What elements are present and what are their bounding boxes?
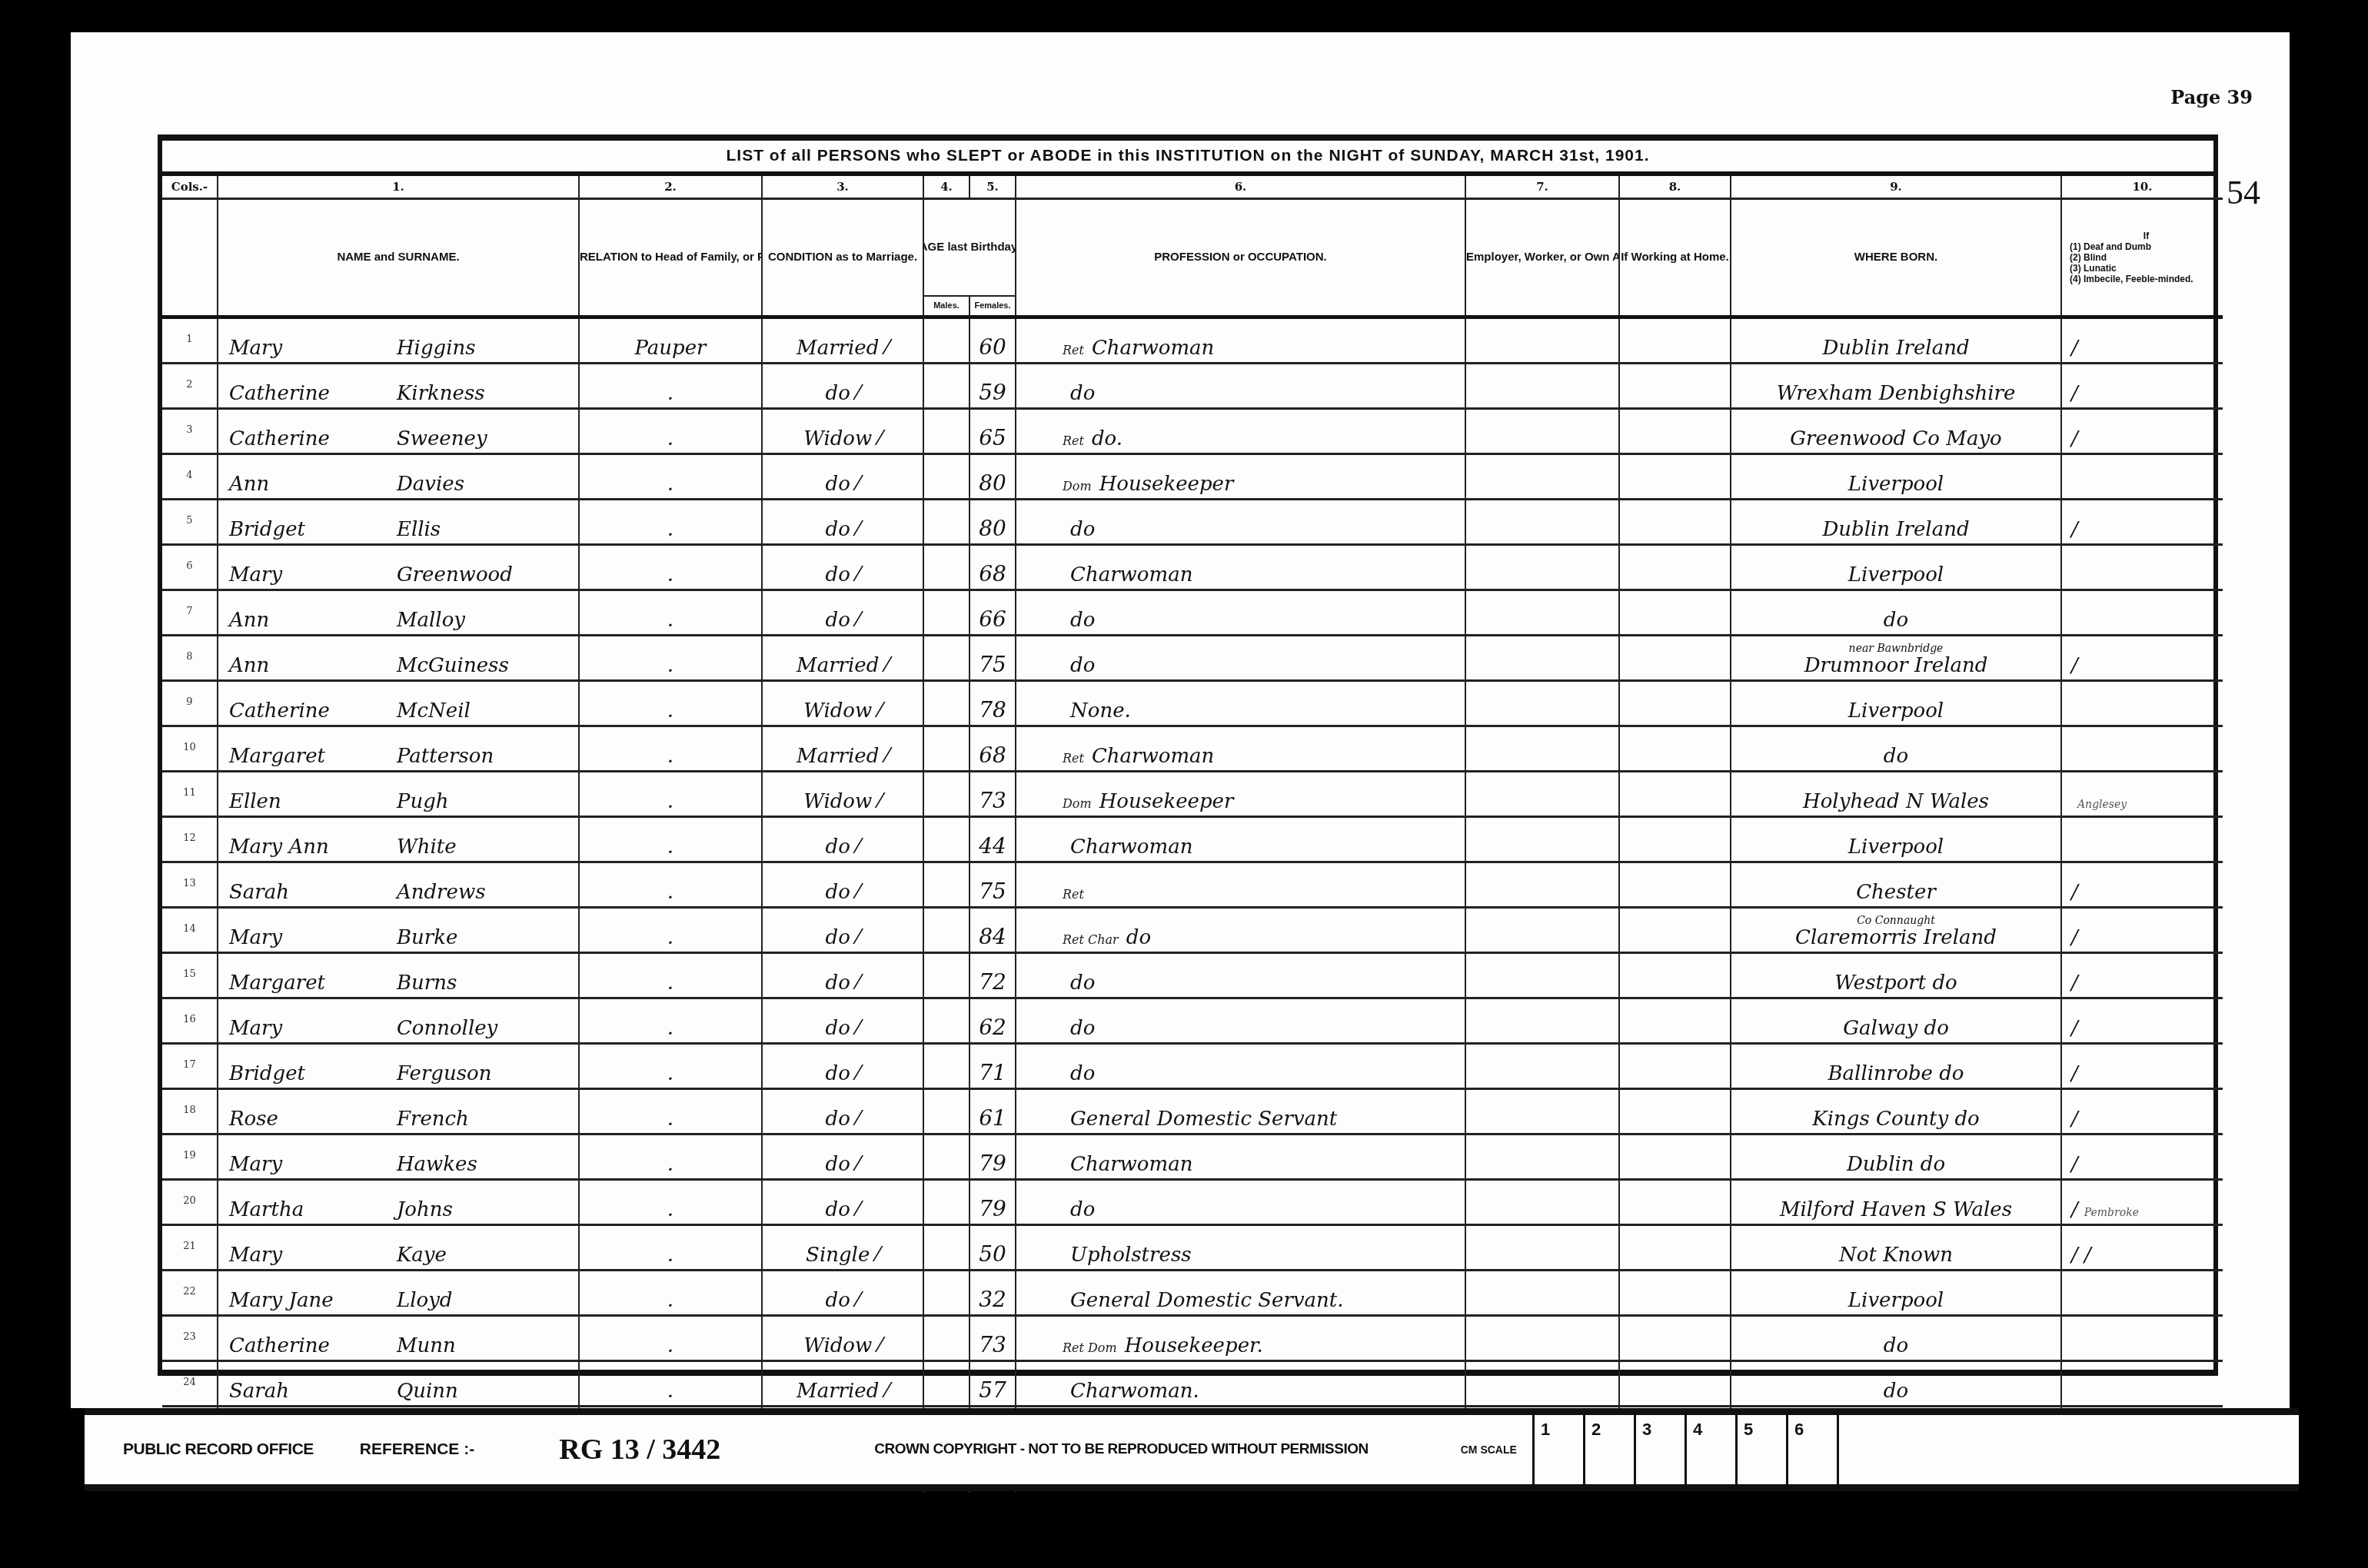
infirmity-mark: / / (2071, 1244, 2091, 1267)
condition: do ⁄ (762, 1180, 923, 1225)
relation: . (579, 636, 762, 681)
occupation: Retdo. (1016, 409, 1465, 454)
person-name: SarahAndrews (218, 862, 579, 908)
working-at-home (1619, 545, 1731, 590)
row-number: 23 (162, 1316, 218, 1361)
condition-value: Married (797, 1380, 879, 1403)
infirmity-4: (4) Imbecile, Feeble-minded. (2070, 274, 2223, 284)
where-born-value: Galway do (1843, 1017, 1949, 1040)
relation: . (579, 500, 762, 545)
relation: Pauper (579, 317, 762, 364)
occupation-value: do (1070, 972, 1095, 995)
relation: . (579, 1361, 762, 1407)
relation: . (579, 817, 762, 862)
occupation-value: Charwoman (1070, 835, 1192, 859)
check-mark-icon: ⁄ (856, 518, 860, 541)
condition-value: Married (797, 745, 879, 768)
age-female: 68 (969, 545, 1016, 590)
condition: do ⁄ (762, 500, 923, 545)
table-row: 23CatherineMunn.Widow ⁄73Ret DomHousekee… (162, 1316, 2223, 1361)
row-number: 10 (162, 726, 218, 772)
employer-status (1465, 1044, 1619, 1089)
col-number: 8. (1619, 176, 1731, 199)
first-name: Catherine (229, 1334, 397, 1357)
schedule-title: LIST of all PERSONS who SLEPT or ABODE i… (162, 141, 2213, 176)
age-male (923, 772, 969, 817)
table-row: 3CatherineSweeney.Widow ⁄65Retdo.Greenwo… (162, 409, 2223, 454)
condition: do ⁄ (762, 953, 923, 998)
surname: Quinn (397, 1380, 458, 1403)
row-number: 14 (162, 908, 218, 953)
occupation-note: Ret (1063, 887, 1084, 902)
relation: . (579, 862, 762, 908)
header-infirmity: If (1) Deaf and Dumb (2) Blind (3) Lunat… (2061, 199, 2223, 317)
person-name: CatherineMcNeil (218, 681, 579, 726)
person-name: MargaretPatterson (218, 726, 579, 772)
where-born: do (1731, 1316, 2061, 1361)
age-male (923, 1044, 969, 1089)
working-at-home (1619, 998, 1731, 1044)
working-at-home (1619, 500, 1731, 545)
scale-mark (1837, 1415, 1952, 1484)
header-name: NAME and SURNAME. (218, 199, 579, 317)
column-header-row: NAME and SURNAME. RELATION to Head of Fa… (162, 199, 2223, 317)
occupation: General Domestic Servant (1016, 1089, 1465, 1134)
where-born-value: Not Known (1839, 1244, 1953, 1267)
age-male (923, 317, 969, 364)
relation: . (579, 908, 762, 953)
occupation-value: Housekeeper (1099, 473, 1234, 496)
infirmity-3: (3) Lunatic (2070, 263, 2223, 274)
employer-status (1465, 681, 1619, 726)
surname: McGuiness (397, 654, 509, 677)
employer-status (1465, 317, 1619, 364)
age-male (923, 1225, 969, 1271)
age-female: 68 (969, 726, 1016, 772)
condition: do ⁄ (762, 545, 923, 590)
surname: Malloy (397, 609, 465, 632)
employer-status (1465, 1134, 1619, 1180)
table-row: 22Mary JaneLloyd.do ⁄32General Domestic … (162, 1271, 2223, 1316)
infirmity: / (2061, 317, 2223, 364)
where-born-value: Liverpool (1848, 473, 1944, 496)
infirmity-mark: / (2071, 1017, 2078, 1040)
condition-value: do (826, 563, 850, 586)
person-name: AnnMcGuiness (218, 636, 579, 681)
person-name: AnnDavies (218, 454, 579, 500)
age-male (923, 1271, 969, 1316)
surname: Burns (397, 972, 457, 995)
occupation-value: Housekeeper (1099, 790, 1234, 813)
first-name: Catherine (229, 699, 397, 723)
condition: do ⁄ (762, 590, 923, 636)
relation: . (579, 1225, 762, 1271)
surname: Sweeney (397, 427, 487, 450)
age-female: 80 (969, 454, 1016, 500)
table-row: 20MarthaJohns.do ⁄79doMilford Haven S Wa… (162, 1180, 2223, 1225)
row-number: 1 (162, 317, 218, 364)
working-at-home (1619, 1361, 1731, 1407)
row-number: 2 (162, 364, 218, 409)
col-number: 5. (969, 176, 1016, 199)
person-name: BridgetEllis (218, 500, 579, 545)
condition: do ⁄ (762, 454, 923, 500)
occupation-value: Charwoman (1070, 1153, 1192, 1176)
condition-value: Single (806, 1244, 870, 1267)
relation: . (579, 953, 762, 998)
check-mark-icon: ⁄ (879, 1334, 882, 1357)
footer-scale-label: CM SCALE (1461, 1443, 1517, 1456)
where-born-value: Ballinrobe do (1828, 1062, 1964, 1085)
condition-value: do (826, 1017, 850, 1040)
condition-value: Widow (803, 790, 872, 813)
occupation: do (1016, 500, 1465, 545)
employer-status (1465, 1225, 1619, 1271)
where-born: Liverpool (1731, 1271, 2061, 1316)
first-name: Ellen (229, 790, 397, 813)
employer-status (1465, 364, 1619, 409)
infirmity: Anglesey (2061, 772, 2223, 817)
condition-value: do (826, 1108, 850, 1131)
employer-status (1465, 454, 1619, 500)
person-name: CatherineKirkness (218, 364, 579, 409)
where-born: Liverpool (1731, 545, 2061, 590)
where-born: Ballinrobe do (1731, 1044, 2061, 1089)
where-born-value: Chester (1856, 881, 1936, 904)
infirmity-mark: / (2071, 427, 2078, 450)
working-at-home (1619, 1180, 1731, 1225)
condition-value: do (826, 1062, 850, 1085)
working-at-home (1619, 364, 1731, 409)
working-at-home (1619, 726, 1731, 772)
condition: Married ⁄ (762, 726, 923, 772)
first-name: Mary (229, 337, 397, 360)
person-name: AnnMalloy (218, 590, 579, 636)
occupation: do (1016, 590, 1465, 636)
relation: . (579, 1271, 762, 1316)
infirmity (2061, 545, 2223, 590)
relation: . (579, 1316, 762, 1361)
age-female: 79 (969, 1134, 1016, 1180)
relation: . (579, 364, 762, 409)
age-male (923, 908, 969, 953)
working-at-home (1619, 1316, 1731, 1361)
condition: Married ⁄ (762, 317, 923, 364)
age-female: 75 (969, 636, 1016, 681)
condition: do ⁄ (762, 998, 923, 1044)
surname: White (397, 835, 457, 859)
header-occupation: PROFESSION or OCCUPATION. (1016, 199, 1465, 317)
infirmity: / (2061, 1089, 2223, 1134)
check-mark-icon: ⁄ (876, 1244, 880, 1267)
condition-value: do (826, 1153, 850, 1176)
where-born-value: do (1884, 1380, 1908, 1403)
header-employer: Employer, Worker, or Own Account. (1465, 199, 1619, 317)
where-born-value: do (1884, 745, 1908, 768)
employer-status (1465, 726, 1619, 772)
infirmity (2061, 817, 2223, 862)
census-schedule: LIST of all PERSONS who SLEPT or ABODE i… (158, 135, 2218, 1376)
where-born: Liverpool (1731, 681, 2061, 726)
occupation-value: do (1070, 654, 1095, 677)
age-male (923, 953, 969, 998)
col-number: 1. (218, 176, 579, 199)
where-born-value: Dublin do (1847, 1153, 1945, 1176)
where-born-value: Liverpool (1848, 563, 1944, 586)
surname: Andrews (397, 881, 486, 904)
check-mark-icon: ⁄ (886, 1380, 889, 1403)
age-female: 75 (969, 862, 1016, 908)
census-rows: 1MaryHigginsPauperMarried ⁄60RetCharwoma… (162, 317, 2223, 1452)
age-female: 84 (969, 908, 1016, 953)
employer-status (1465, 953, 1619, 998)
occupation-value: do (1070, 609, 1095, 632)
infirmity: /Pembroke (2061, 1180, 2223, 1225)
where-born-note: near Bawnbridge (1731, 643, 2060, 654)
age-female: 79 (969, 1180, 1016, 1225)
age-female: 62 (969, 998, 1016, 1044)
check-mark-icon: ⁄ (886, 745, 889, 768)
person-name: Mary JaneLloyd (218, 1271, 579, 1316)
condition-value: do (826, 1198, 850, 1221)
relation: . (579, 545, 762, 590)
occupation-note: Dom (1063, 796, 1092, 811)
check-mark-icon: ⁄ (856, 382, 860, 405)
column-number-row: Cols.- 1. 2. 3. 4. 5. 6. 7. 8. 9. 10. (162, 176, 2223, 199)
infirmity: / (2061, 862, 2223, 908)
condition: do ⁄ (762, 1271, 923, 1316)
occupation: RetCharwoman (1016, 726, 1465, 772)
where-born: Milford Haven S Wales (1731, 1180, 2061, 1225)
age-male (923, 409, 969, 454)
where-born: do (1731, 726, 2061, 772)
condition: do ⁄ (762, 908, 923, 953)
infirmity (2061, 590, 2223, 636)
check-mark-icon: ⁄ (879, 790, 882, 813)
first-name: Mary Jane (229, 1289, 397, 1312)
row-number: 7 (162, 590, 218, 636)
condition: do ⁄ (762, 1134, 923, 1180)
working-at-home (1619, 1134, 1731, 1180)
check-mark-icon: ⁄ (856, 563, 860, 586)
infirmity-mark: / (2071, 1153, 2078, 1176)
age-male (923, 998, 969, 1044)
age-male (923, 726, 969, 772)
employer-status (1465, 1316, 1619, 1361)
relation: . (579, 1134, 762, 1180)
occupation-note: Dom (1063, 479, 1092, 493)
table-row: 12Mary AnnWhite.do ⁄44CharwomanLiverpool (162, 817, 2223, 862)
header-working-home: If Working at Home. (1619, 199, 1731, 317)
age-female: 65 (969, 409, 1016, 454)
row-number: 19 (162, 1134, 218, 1180)
age-male (923, 545, 969, 590)
row-number: 15 (162, 953, 218, 998)
employer-status (1465, 1180, 1619, 1225)
condition: do ⁄ (762, 364, 923, 409)
occupation-note: Ret (1063, 751, 1084, 766)
occupation-value: None. (1070, 699, 1131, 723)
col-number: 7. (1465, 176, 1619, 199)
header-relation: RELATION to Head of Family, or Position … (579, 199, 762, 317)
age-female: 66 (969, 590, 1016, 636)
age-male (923, 1316, 969, 1361)
table-row: 7AnnMalloy.do ⁄66dodo (162, 590, 2223, 636)
occupation: do (1016, 1180, 1465, 1225)
age-male (923, 1361, 969, 1407)
first-name: Mary (229, 1017, 397, 1040)
age-female: 60 (969, 317, 1016, 364)
table-row: 15MargaretBurns.do ⁄72doWestport do/ (162, 953, 2223, 998)
first-name: Catherine (229, 427, 397, 450)
row-number: 8 (162, 636, 218, 681)
person-name: MaryHiggins (218, 317, 579, 364)
occupation-note: Ret Dom (1063, 1340, 1117, 1355)
check-mark-icon: ⁄ (856, 926, 860, 949)
working-at-home (1619, 953, 1731, 998)
where-born: Not Known (1731, 1225, 2061, 1271)
relation: . (579, 998, 762, 1044)
occupation-note: Ret Char (1063, 932, 1119, 947)
col-number: 6. (1016, 176, 1465, 199)
table-row: 11EllenPugh.Widow ⁄73DomHousekeeperHolyh… (162, 772, 2223, 817)
where-born-value: Drumnoor Ireland (1804, 654, 1988, 677)
infirmity: / (2061, 908, 2223, 953)
header-age: AGE last Birthday. Males. Females. (923, 199, 1016, 317)
table-row: 17BridgetFerguson.do ⁄71doBallinrobe do/ (162, 1044, 2223, 1089)
condition: Widow ⁄ (762, 1316, 923, 1361)
first-name: Mary (229, 563, 397, 586)
surname: Kaye (397, 1244, 447, 1267)
infirmity-2: (2) Blind (2070, 252, 2223, 263)
relation: . (579, 1089, 762, 1134)
surname: Patterson (397, 745, 494, 768)
age-female: 44 (969, 817, 1016, 862)
age-male (923, 500, 969, 545)
row-number: 5 (162, 500, 218, 545)
where-born: Dublin Ireland (1731, 317, 2061, 364)
age-male (923, 862, 969, 908)
where-born-note: Co Connaught (1731, 915, 2060, 926)
age-male (923, 364, 969, 409)
occupation: do (1016, 636, 1465, 681)
infirmity-1: (1) Deaf and Dumb (2070, 241, 2223, 252)
first-name: Martha (229, 1198, 397, 1221)
table-row: 2CatherineKirkness.do ⁄59doWrexham Denbi… (162, 364, 2223, 409)
infirmity: / (2061, 364, 2223, 409)
working-at-home (1619, 454, 1731, 500)
first-name: Margaret (229, 745, 397, 768)
infirmity (2061, 1361, 2223, 1407)
first-name: Ann (229, 473, 397, 496)
row-number: 16 (162, 998, 218, 1044)
page-number: Page 39 (2170, 86, 2253, 108)
check-mark-icon: ⁄ (856, 1198, 860, 1221)
condition: Married ⁄ (762, 636, 923, 681)
age-female: 59 (969, 364, 1016, 409)
where-born-value: Liverpool (1848, 1289, 1944, 1312)
table-row: 10MargaretPatterson.Married ⁄68RetCharwo… (162, 726, 2223, 772)
table-row: 19MaryHawkes.do ⁄79CharwomanDublin do/ (162, 1134, 2223, 1180)
employer-status (1465, 590, 1619, 636)
scale-mark: 1 (1532, 1415, 1583, 1484)
age-female: 32 (969, 1271, 1016, 1316)
infirmity: / (2061, 1134, 2223, 1180)
condition-value: do (826, 926, 850, 949)
working-at-home (1619, 772, 1731, 817)
condition: do ⁄ (762, 862, 923, 908)
scale-mark: 3 (1634, 1415, 1685, 1484)
working-at-home (1619, 317, 1731, 364)
age-male (923, 817, 969, 862)
age-female: 71 (969, 1044, 1016, 1089)
relation: . (579, 590, 762, 636)
scale-mark: 5 (1735, 1415, 1786, 1484)
where-born: do (1731, 590, 2061, 636)
condition-value: Widow (803, 699, 872, 723)
infirmity-mark: / (2071, 337, 2078, 360)
age-female: 57 (969, 1361, 1016, 1407)
person-name: CatherineMunn (218, 1316, 579, 1361)
occupation: do (1016, 998, 1465, 1044)
condition: Single ⁄ (762, 1225, 923, 1271)
infirmity (2061, 454, 2223, 500)
header-condition: CONDITION as to Marriage. (762, 199, 923, 317)
employer-status (1465, 500, 1619, 545)
infirmity-mark: / (2071, 518, 2078, 541)
row-number: 17 (162, 1044, 218, 1089)
table-row: 1MaryHigginsPauperMarried ⁄60RetCharwoma… (162, 317, 2223, 364)
occupation-value: General Domestic Servant (1070, 1108, 1337, 1131)
first-name: Rose (229, 1108, 397, 1131)
row-number: 13 (162, 862, 218, 908)
row-number: 6 (162, 545, 218, 590)
row-number: 11 (162, 772, 218, 817)
age-male (923, 1180, 969, 1225)
condition: do ⁄ (762, 1044, 923, 1089)
check-mark-icon: ⁄ (856, 1108, 860, 1131)
age-male (923, 1089, 969, 1134)
employer-status (1465, 636, 1619, 681)
first-name: Ann (229, 609, 397, 632)
age-female: 61 (969, 1089, 1016, 1134)
surname: Munn (397, 1334, 456, 1357)
where-born: Co ConnaughtClaremorris Ireland (1731, 908, 2061, 953)
infirmity (2061, 1271, 2223, 1316)
person-name: MarthaJohns (218, 1180, 579, 1225)
header-age-females: Females. (970, 297, 1015, 315)
first-name: Ann (229, 654, 397, 677)
age-female: 73 (969, 772, 1016, 817)
working-at-home (1619, 862, 1731, 908)
occupation-note: Ret (1063, 343, 1084, 357)
age-male (923, 590, 969, 636)
occupation: Charwoman (1016, 545, 1465, 590)
infirmity: / (2061, 409, 2223, 454)
person-name: RoseFrench (218, 1089, 579, 1134)
header-age-males: Males. (924, 297, 970, 315)
infirmity: / (2061, 1044, 2223, 1089)
condition: Widow ⁄ (762, 772, 923, 817)
footer-reference-label: REFERENCE :- (360, 1440, 474, 1459)
census-table: Cols.- 1. 2. 3. 4. 5. 6. 7. 8. 9. 10. NA… (162, 176, 2223, 1493)
check-mark-icon: ⁄ (856, 1062, 860, 1085)
header-age-label: AGE last Birthday. (924, 200, 1015, 295)
check-mark-icon: ⁄ (856, 972, 860, 995)
check-mark-icon: ⁄ (856, 835, 860, 859)
surname: Connolley (397, 1017, 497, 1040)
condition-value: Widow (803, 1334, 872, 1357)
